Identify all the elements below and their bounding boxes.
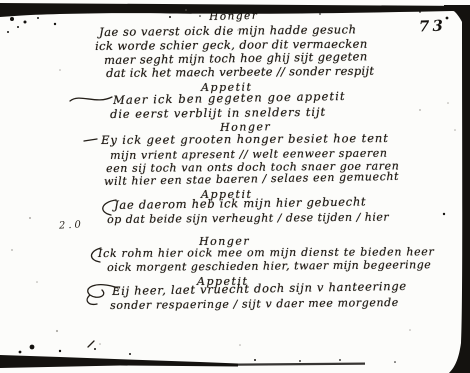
section-heading: Honger [209,11,258,23]
scan-edge-right [449,14,470,373]
verse-line: sonder respaeringe / sijt v daer mee mor… [110,297,399,311]
page-number: 73 [419,17,446,36]
scan-border-bottom-line [238,363,365,366]
margin-note: 2.0 [59,219,84,231]
verse-line: Ick rohm hier oick mee om mijn dienst te… [98,246,434,259]
pen-flourish [70,97,112,101]
verse-line: oick morgent geschieden hier, twaer mijn… [107,259,431,273]
verse-line: wilt hier een stae baeren / selaes een g… [104,171,399,187]
verse-line: Eij heer, laet vruecht doch sijn v hante… [112,281,407,298]
verse-line: Jae daerom heb ick mijn hier gebuecht [114,196,366,211]
scan-corner-top-right [444,5,470,46]
verse-line: op dat beide sijn verheught / dese tijde… [107,212,389,225]
verse-line: Ey ick geet grooten honger besiet hoe te… [101,133,389,147]
pen-flourish [84,139,97,141]
pen-flourish [88,341,94,347]
verse-line: die eerst verblijt in snelders tijt [110,107,326,121]
verse-line: dat ick het maech verbeete // sonder res… [106,66,374,80]
manuscript-page: 73 Honger Jae so vaerst oick die mijn ha… [0,0,470,373]
scan-border-bottom [0,355,238,368]
